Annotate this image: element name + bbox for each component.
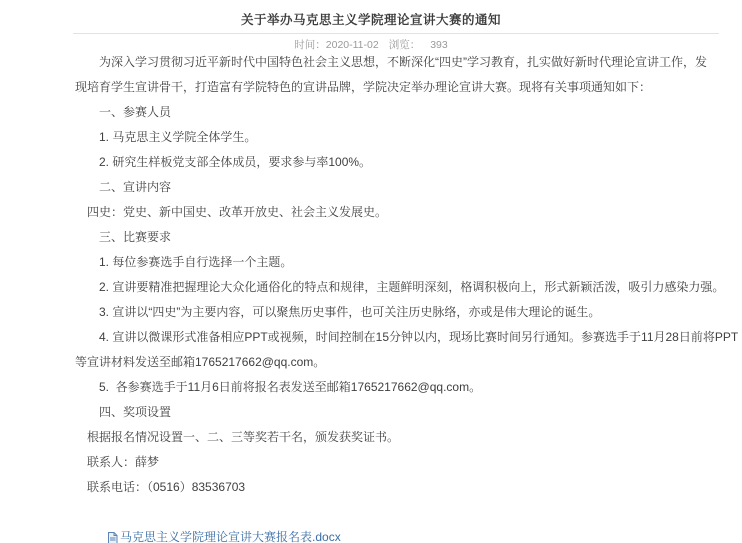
section-3-item-4-line2: 等宣讲材料发送至邮箱1765217662@qq.com。 (75, 350, 735, 375)
section-2-content: 四史：党史、新中国史、改革开放史、社会主义发展史。 (75, 200, 735, 225)
section-3-item-5: 5. 各参赛选手于11月6日前将报名表发送至邮箱1765217662@qq.co… (75, 375, 735, 400)
section-3-item-1: 1. 每位参赛选手自行选择一个主题。 (75, 250, 735, 275)
section-3-item-2: 2. 宣讲要精准把握理论大众化通俗化的特点和规律，主题鲜明深刻，格调积极向上，形… (75, 275, 735, 300)
attachment-link[interactable]: 马克思主义学院理论宣讲大赛报名表.docx (107, 525, 341, 543)
title-divider (73, 33, 719, 34)
page-title: 关于举办马克思主义学院理论宣讲大赛的通知 (0, 10, 742, 28)
section-1-item-2: 2. 研究生样板党支部全体成员，要求参与率100%。 (75, 150, 735, 175)
section-1-item-1: 1. 马克思主义学院全体学生。 (75, 125, 735, 150)
section-3-item-3: 3. 宣讲以“四史”为主要内容，可以聚焦历史事件，也可关注历史脉络，亦或是伟大理… (75, 300, 735, 325)
section-3-heading: 三、比赛要求 (75, 225, 735, 250)
doc-file-icon (107, 532, 118, 543)
article-body: 为深入学习贯彻习近平新时代中国特色社会主义思想，不断深化“四史”学习教育，扎实做… (75, 50, 735, 525)
paragraph-intro-line1: 为深入学习贯彻习近平新时代中国特色社会主义思想，不断深化“四史”学习教育，扎实做… (75, 50, 735, 75)
section-4-content: 根据报名情况设置一、二、三等奖若干名，颁发获奖证书。 (75, 425, 735, 450)
notice-page: 关于举办马克思主义学院理论宣讲大赛的通知 时间：2020-11-02浏览：393… (0, 0, 742, 543)
paragraph-intro-line2: 现培育学生宣讲骨干，打造富有学院特色的宣讲品牌，学院决定举办理论宣讲大赛。现将有… (75, 75, 735, 100)
section-1-heading: 一、参赛人员 (75, 100, 735, 125)
section-4-heading: 四、奖项设置 (75, 400, 735, 425)
attachment-filename: 马克思主义学院理论宣讲大赛报名表.docx (120, 525, 341, 543)
section-2-heading: 二、宣讲内容 (75, 175, 735, 200)
attachment-row: 马克思主义学院理论宣讲大赛报名表.docx (75, 500, 735, 525)
contact-phone: 联系电话：（0516）83536703 (75, 475, 735, 500)
section-3-item-4-line1: 4. 宣讲以微课形式准备相应PPT或视频，时间控制在15分钟以内，现场比赛时间另… (75, 325, 735, 350)
contact-person: 联系人：薛梦 (75, 450, 735, 475)
